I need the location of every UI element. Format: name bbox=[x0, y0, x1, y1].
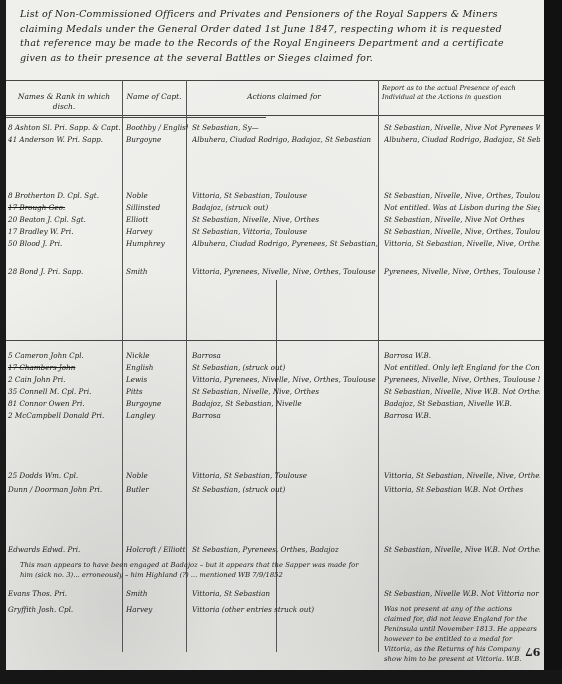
cell-captain: Burgoyne bbox=[126, 134, 188, 146]
cell-captain: Butler bbox=[126, 484, 188, 496]
cell-actions: St Sebastian, Nivelle, Nive, Orthes bbox=[192, 386, 378, 398]
header-double-rule bbox=[6, 117, 266, 118]
interline-note: This man appears to have been engaged at… bbox=[20, 560, 372, 580]
header-bottom-rule bbox=[6, 115, 544, 116]
table-row: 20 Beaton J. Cpl. Sgt. Elliott St Sebast… bbox=[6, 214, 544, 226]
table-row: 17 Brough Geo. Sillinsted Badajoz, (stru… bbox=[6, 202, 544, 214]
cell-captain: Humphrey bbox=[126, 238, 188, 250]
cell-report: St Sebastian, Nivelle, Nive, Orthes, Tou… bbox=[384, 190, 540, 202]
cell-name: 17 Brough Geo. bbox=[8, 202, 126, 214]
cell-actions: Vittoria (other entries struck out) bbox=[192, 604, 378, 616]
cell-captain: Pitts bbox=[126, 386, 188, 398]
page-number: 97 bbox=[525, 645, 540, 658]
table-row: 8 Brotherton D. Cpl. Sgt. Noble Vittoria… bbox=[6, 190, 544, 202]
header-names: Names & Rank in which disch. bbox=[8, 92, 120, 112]
cell-name: 25 Dodds Wm. Cpl. bbox=[8, 470, 126, 482]
cell-name: 50 Blood J. Pri. bbox=[8, 238, 126, 250]
cell-actions: St Sebastian, (struck out) bbox=[192, 484, 378, 496]
cell-captain: Lewis bbox=[126, 374, 188, 386]
cell-captain: English bbox=[126, 362, 188, 374]
cell-name: 8 Ashton Sl. Pri. Sapp. & Capt. bbox=[8, 122, 126, 134]
cell-captain: Burgoyne bbox=[126, 398, 188, 410]
table-row: 17 Chambers John English St Sebastian, (… bbox=[6, 362, 544, 374]
table-row: 50 Blood J. Pri. Humphrey Albuhera, Ciud… bbox=[6, 238, 544, 250]
cell-captain: Nickle bbox=[126, 350, 188, 362]
cell-name: 17 Chambers John bbox=[8, 362, 126, 374]
table-row: Evans Thos. Pri. Smith Vittoria, St Seba… bbox=[6, 588, 544, 600]
cell-name: 41 Anderson W. Pri. Sapp. bbox=[8, 134, 126, 146]
cell-name: 35 Connell M. Cpl. Pri. bbox=[8, 386, 126, 398]
cell-report: Badajoz, St Sebastian, Nivelle W.B. bbox=[384, 398, 540, 410]
cell-captain: Sillinsted bbox=[126, 202, 188, 214]
cell-report: Pyrenees, Nivelle, Nive, Orthes, Toulous… bbox=[384, 266, 540, 278]
cell-name: Gryffith Josh. Cpl. bbox=[8, 604, 126, 616]
table-row: 41 Anderson W. Pri. Sapp. Burgoyne Albuh… bbox=[6, 134, 544, 146]
cell-captain: Harvey bbox=[126, 226, 188, 238]
table-row: Edwards Edwd. Pri. Holcroft / Elliott St… bbox=[6, 544, 544, 556]
cell-actions: St Sebastian, Nivelle, Nive, Orthes bbox=[192, 214, 378, 226]
scan-edge-bottom bbox=[0, 670, 562, 684]
cell-report: Albuhera, Ciudad Rodrigo, Badajoz, St Se… bbox=[384, 134, 540, 146]
scan-edge-right bbox=[544, 0, 562, 684]
table-row: 17 Bradley W. Pri. Harvey St Sebastian, … bbox=[6, 226, 544, 238]
cell-actions: Albuhera, Ciudad Rodrigo, Pyrenees, St S… bbox=[192, 238, 378, 250]
cell-report: Not entitled. Only left England for the … bbox=[384, 362, 540, 374]
cell-captain: Harvey bbox=[126, 604, 188, 616]
cell-report: Barrosa W.B. bbox=[384, 350, 540, 362]
cell-captain: Langley bbox=[126, 410, 188, 422]
cell-actions: Vittoria, St Sebastian bbox=[192, 588, 378, 600]
cell-report: Pyrenees, Nivelle, Nive, Orthes, Toulous… bbox=[384, 374, 540, 386]
table-row: Dunn / Doorman John Pri. Butler St Sebas… bbox=[6, 484, 544, 496]
cell-actions: Badajoz, St Sebastian, Nivelle bbox=[192, 398, 378, 410]
cell-report: Not entitled. Was at Lisbon during the S… bbox=[384, 202, 540, 214]
cell-actions: Vittoria, Pyrenees, Nivelle, Nive, Orthe… bbox=[192, 374, 378, 386]
cell-actions: Vittoria, Pyrenees, Nivelle, Nive, Orthe… bbox=[192, 266, 378, 278]
cell-name: 2 McCampbell Donald Pri. bbox=[8, 410, 126, 422]
cell-actions: St Sebastian, Pyrenees, Orthes, Badajoz bbox=[192, 544, 378, 556]
table-row: 28 Bond J. Pri. Sapp. Smith Vittoria, Py… bbox=[6, 266, 544, 278]
header-actions: Actions claimed for bbox=[192, 92, 376, 102]
table-top-rule bbox=[6, 80, 544, 81]
cell-actions: Albuhera, Ciudad Rodrigo, Badajoz, St Se… bbox=[192, 134, 378, 146]
table-row: 8 Ashton Sl. Pri. Sapp. & Capt. Boothby … bbox=[6, 122, 544, 134]
cell-name: 5 Cameron John Cpl. bbox=[8, 350, 126, 362]
cell-name: Evans Thos. Pri. bbox=[8, 588, 126, 600]
section-rule bbox=[6, 340, 544, 341]
table-row: 2 Cain John Pri. Lewis Vittoria, Pyrenee… bbox=[6, 374, 544, 386]
cell-report: Was not present at any of the actions cl… bbox=[384, 604, 540, 664]
document-title: List of Non-Commissioned Officers and Pr… bbox=[20, 8, 520, 66]
cell-name: 28 Bond J. Pri. Sapp. bbox=[8, 266, 126, 278]
cell-report: Vittoria, St Sebastian W.B. Not Orthes bbox=[384, 484, 540, 496]
table-row: 2 McCampbell Donald Pri. Langley Barrosa… bbox=[6, 410, 544, 422]
cell-captain: Noble bbox=[126, 190, 188, 202]
table-row: 81 Connor Owen Pri. Burgoyne Badajoz, St… bbox=[6, 398, 544, 410]
cell-actions: St Sebastian, Vittoria, Toulouse bbox=[192, 226, 378, 238]
cell-report: St Sebastian, Nivelle, Nive W.B. Not Ort… bbox=[384, 386, 540, 398]
cell-actions: Badajoz, (struck out) bbox=[192, 202, 378, 214]
cell-actions: Vittoria, St Sebastian, Toulouse bbox=[192, 470, 378, 482]
cell-report: Barrosa W.B. bbox=[384, 410, 540, 422]
table-row: 25 Dodds Wm. Cpl. Noble Vittoria, St Seb… bbox=[6, 470, 544, 482]
header-captain: Name of Capt. bbox=[124, 92, 184, 102]
cell-name: Dunn / Doorman John Pri. bbox=[8, 484, 126, 496]
cell-actions: Vittoria, St Sebastian, Toulouse bbox=[192, 190, 378, 202]
cell-captain: Noble bbox=[126, 470, 188, 482]
header-report: Report as to the actual Presence of each… bbox=[382, 84, 538, 102]
cell-captain: Elliott bbox=[126, 214, 188, 226]
ledger-page: List of Non-Commissioned Officers and Pr… bbox=[6, 0, 544, 672]
cell-report: St Sebastian, Nivelle, Nive Not Orthes bbox=[384, 214, 540, 226]
cell-name: 81 Connor Owen Pri. bbox=[8, 398, 126, 410]
cell-name: 20 Beaton J. Cpl. Sgt. bbox=[8, 214, 126, 226]
cell-captain: Holcroft / Elliott bbox=[126, 544, 188, 556]
table-row: Gryffith Josh. Cpl. Harvey Vittoria (oth… bbox=[6, 604, 544, 664]
cell-report: Vittoria, St Sebastian, Nivelle, Nive, O… bbox=[384, 238, 540, 250]
cell-report: St Sebastian, Nivelle W.B. Not Vittoria … bbox=[384, 588, 540, 600]
table-row: 5 Cameron John Cpl. Nickle Barrosa Barro… bbox=[6, 350, 544, 362]
cell-actions: Barrosa bbox=[192, 350, 378, 362]
cell-report: St Sebastian, Nivelle, Nive Not Pyrenees… bbox=[384, 122, 540, 134]
cell-name: 17 Bradley W. Pri. bbox=[8, 226, 126, 238]
cell-name: Edwards Edwd. Pri. bbox=[8, 544, 126, 556]
cell-report: St Sebastian, Nivelle, Nive W.B. Not Ort… bbox=[384, 544, 540, 556]
cell-captain: Smith bbox=[126, 588, 188, 600]
cell-report: St Sebastian, Nivelle, Nive, Orthes, Tou… bbox=[384, 226, 540, 238]
cell-name: 8 Brotherton D. Cpl. Sgt. bbox=[8, 190, 126, 202]
cell-actions: Barrosa bbox=[192, 410, 378, 422]
cell-captain: Boothby / English bbox=[126, 122, 188, 134]
table-row: 35 Connell M. Cpl. Pri. Pitts St Sebasti… bbox=[6, 386, 544, 398]
cell-actions: St Sebastian, (struck out) bbox=[192, 362, 378, 374]
cell-name: 2 Cain John Pri. bbox=[8, 374, 126, 386]
cell-captain: Smith bbox=[126, 266, 188, 278]
cell-report: Vittoria, St Sebastian, Nivelle, Nive, O… bbox=[384, 470, 540, 482]
cell-actions: St Sebastian, Sy— bbox=[192, 122, 378, 134]
